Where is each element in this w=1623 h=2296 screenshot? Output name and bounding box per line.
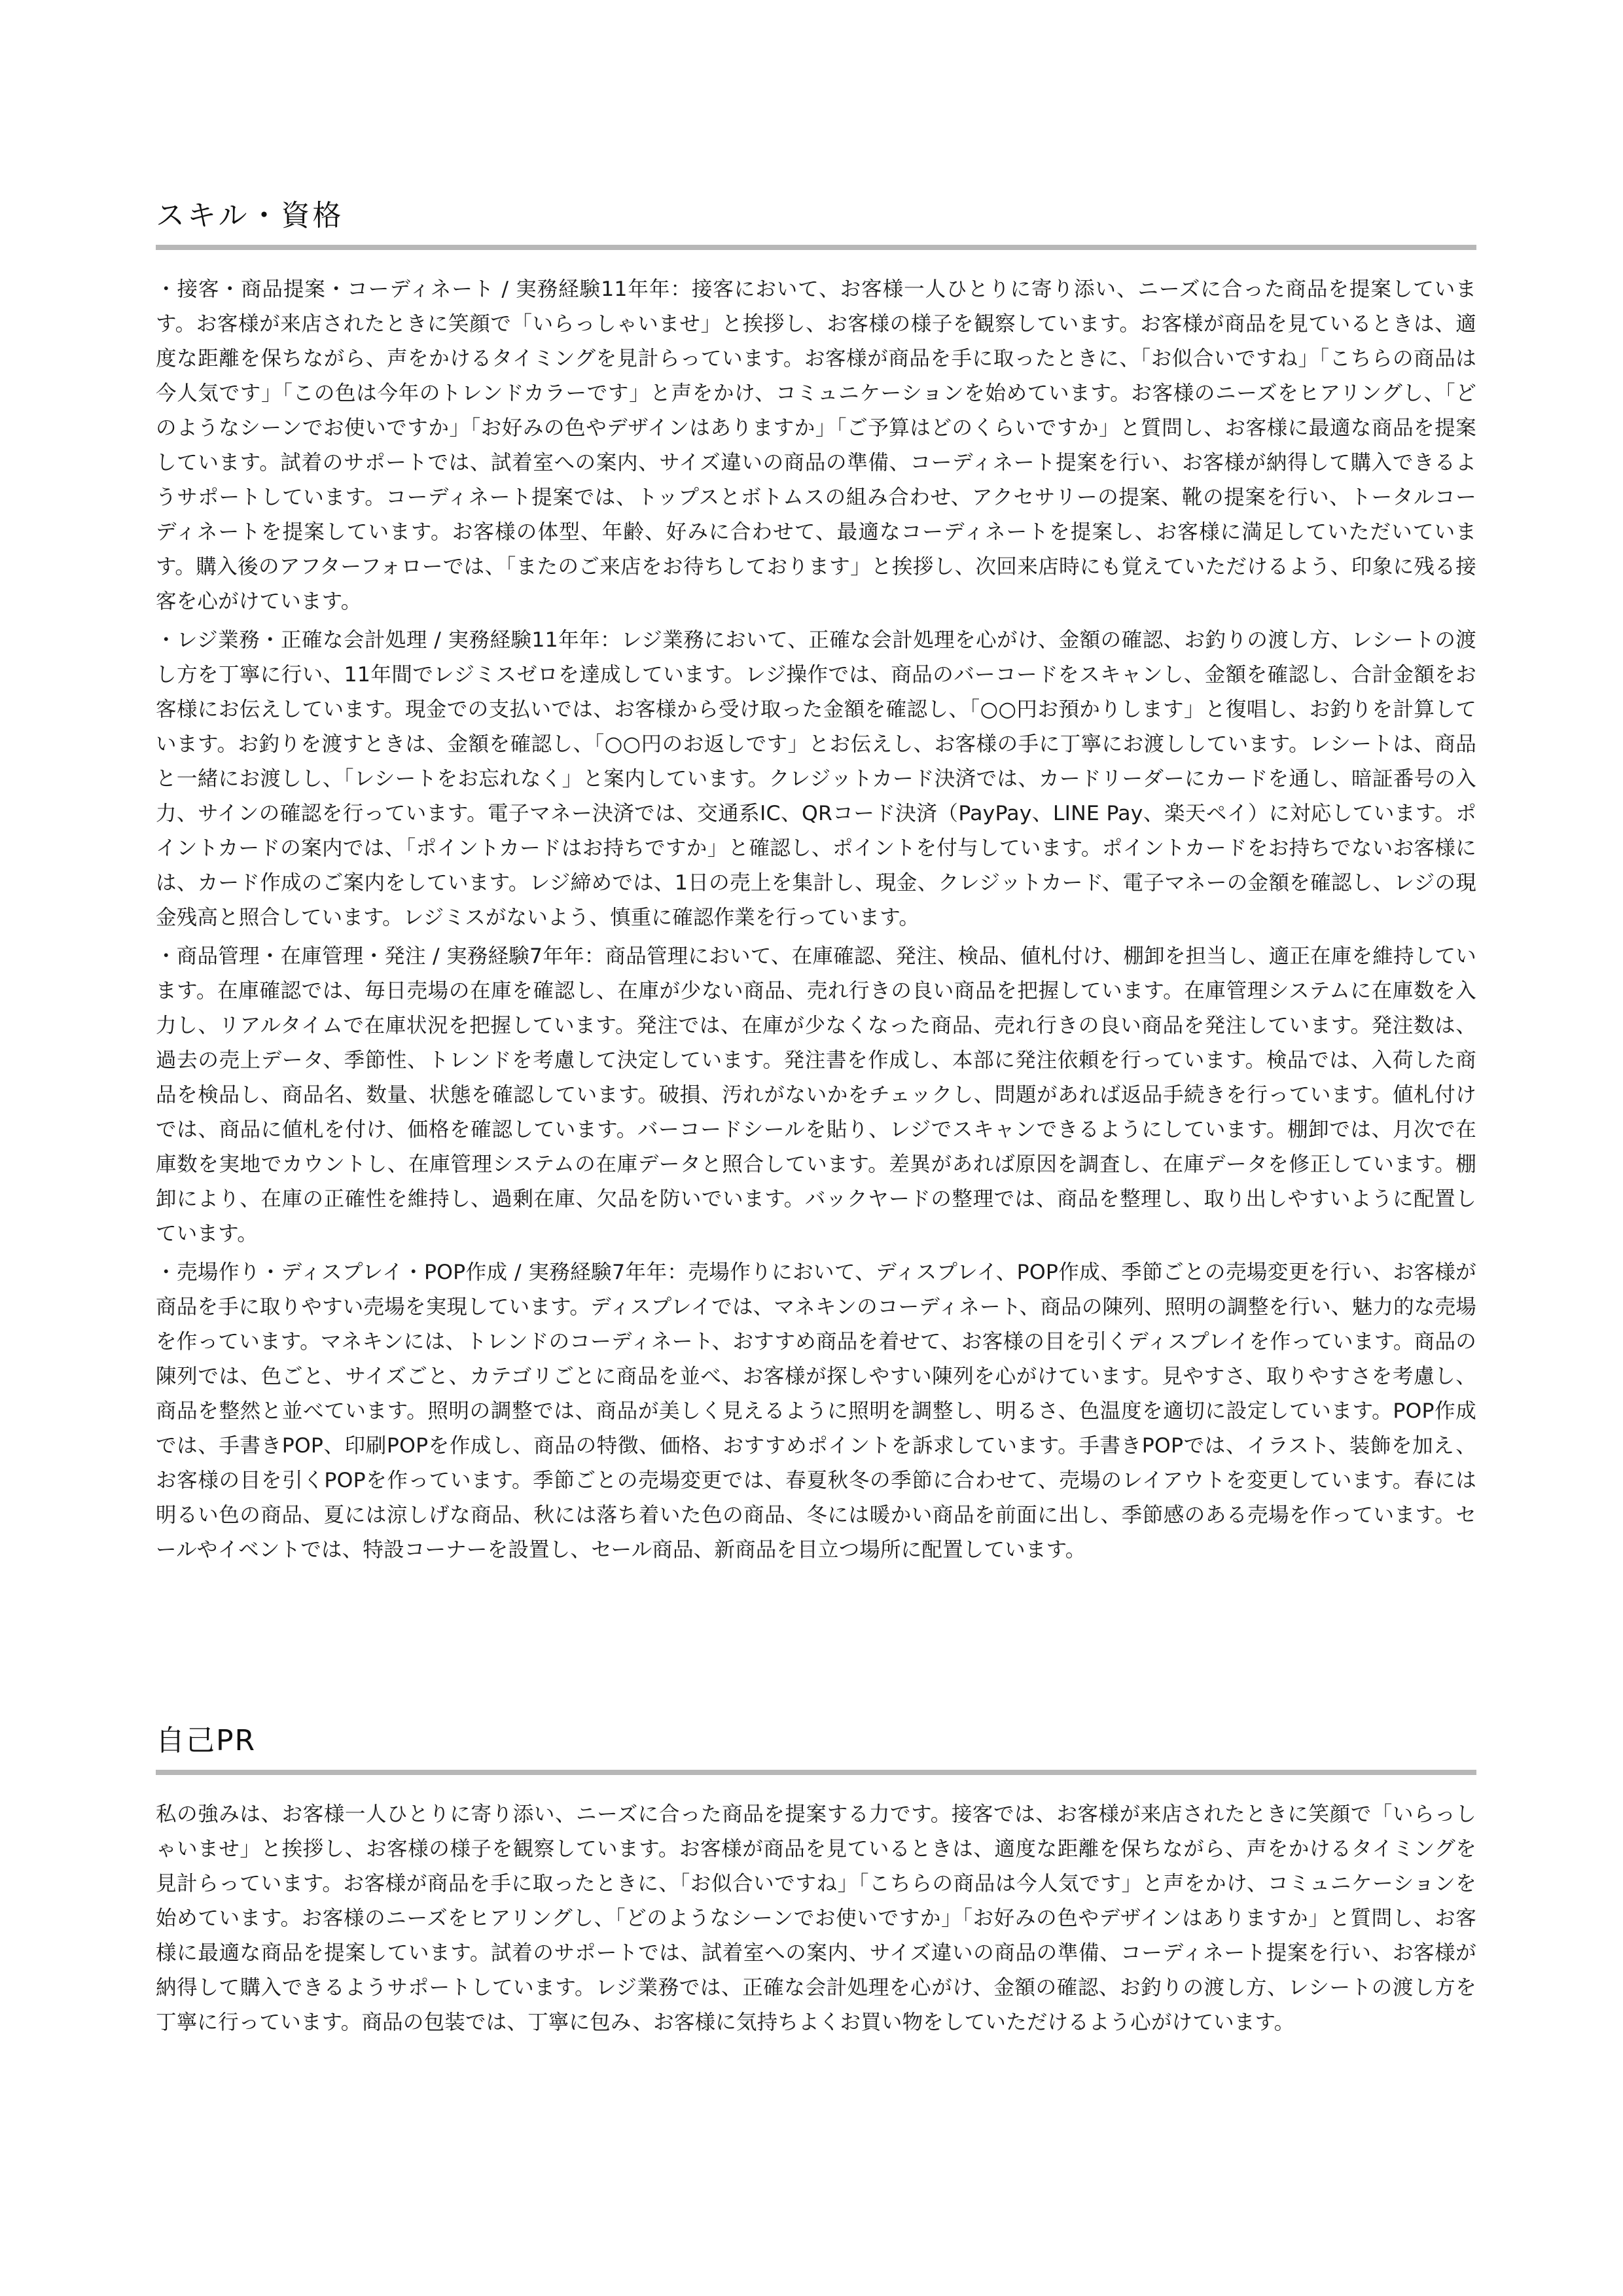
section-divider <box>156 1770 1476 1775</box>
skill-item-inventory: ・商品管理・在庫管理・発注 / 実務経験7年年：商品管理において、在庫確認、発注… <box>156 939 1476 1251</box>
skills-section: スキル・資格 ・接客・商品提案・コーディネート / 実務経験11年年：接客におい… <box>156 196 1476 1571</box>
self-pr-paragraph: 私の強みは、お客様一人ひとりに寄り添い、ニーズに合った商品を提案する力です。接客… <box>156 1797 1476 2040</box>
section-title-skills: スキル・資格 <box>156 196 1476 245</box>
section-title-self-pr: 自己PR <box>156 1721 1476 1770</box>
skill-item-customer-service: ・接客・商品提案・コーディネート / 実務経験11年年：接客において、お客様一人… <box>156 272 1476 619</box>
skill-item-display: ・売場作り・ディスプレイ・POP作成 / 実務経験7年年：売場作りにおいて、ディ… <box>156 1255 1476 1568</box>
skill-item-register: ・レジ業務・正確な会計処理 / 実務経験11年年：レジ業務において、正確な会計処… <box>156 623 1476 935</box>
self-pr-section: 自己PR 私の強みは、お客様一人ひとりに寄り添い、ニーズに合った商品を提案する力… <box>156 1721 1476 2044</box>
section-divider <box>156 245 1476 250</box>
